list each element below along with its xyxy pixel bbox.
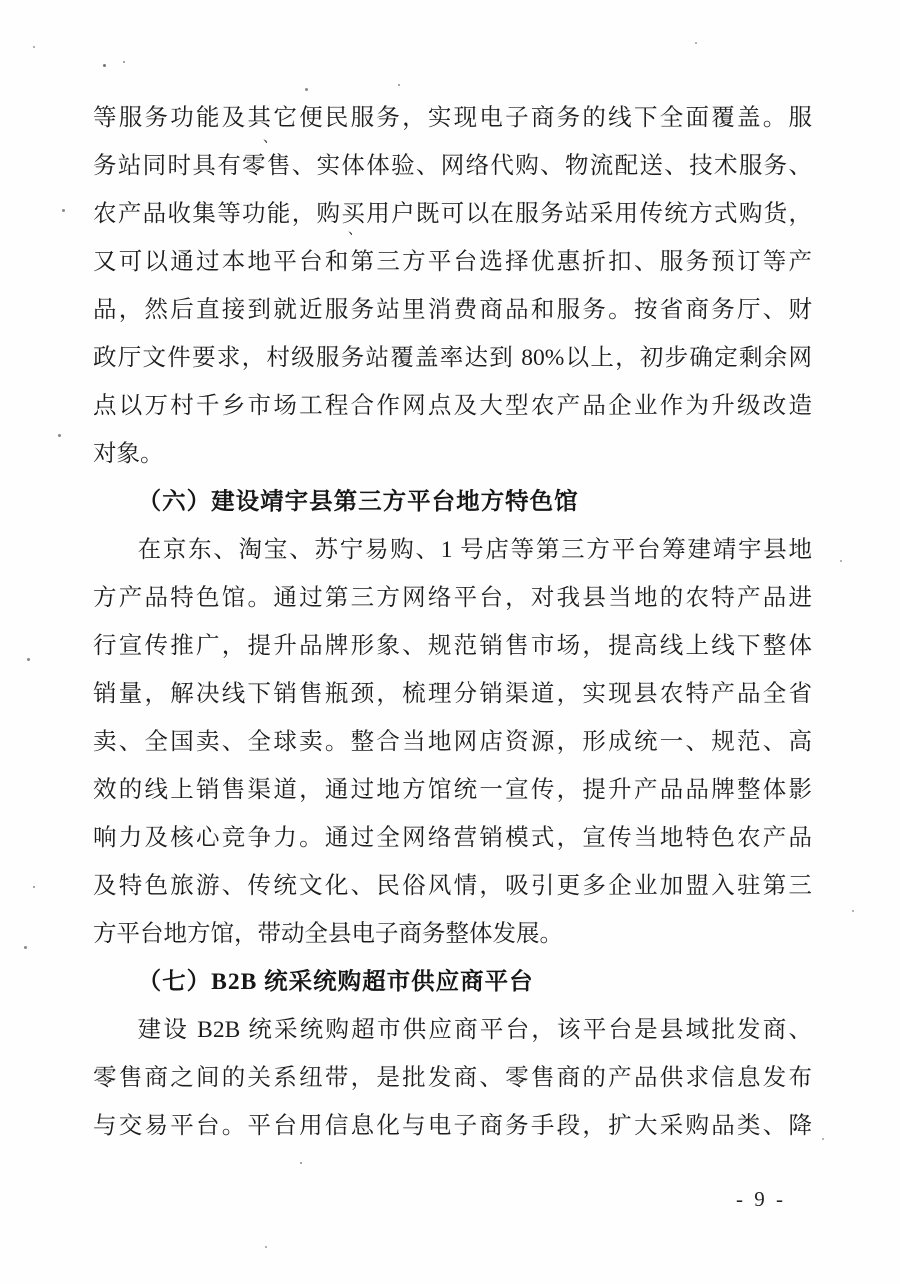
scan-speck <box>695 42 697 44</box>
scan-speck <box>27 658 30 661</box>
scan-speck <box>103 64 106 67</box>
text-line: 销量，解决线下销售瓶颈，梳理分销渠道，实现县农特产品全省 <box>93 670 812 718</box>
text-line: 方平台地方馆，带动全县电子商务整体发展。 <box>93 910 812 958</box>
scan-speck <box>62 209 65 212</box>
text-line: 零售商之间的关系纽带，是批发商、零售商的产品供求信息发布 <box>93 1054 812 1102</box>
text-line: 政厅文件要求，村级服务站覆盖率达到 80%以上，初步确定剩余网 <box>93 334 812 382</box>
text-line: 点以万村千乡市场工程合作网点及大型农产品企业作为升级改造 <box>93 382 812 430</box>
text-line: 卖、全国卖、全球卖。整合当地网店资源，形成统一、规范、高 <box>93 718 812 766</box>
scan-speck <box>577 1118 579 1120</box>
text-line: 在京东、淘宝、苏宁易购、1 号店等第三方平台筹建靖宇县地 <box>93 526 812 574</box>
scan-speck <box>123 61 125 63</box>
scanned-document-page: 等服务功能及其它便民服务，实现电子商务的线下全面覆盖。服务站同时具有零售、实体体… <box>0 0 900 1284</box>
scan-speck <box>852 910 854 912</box>
document-body: 等服务功能及其它便民服务，实现电子商务的线下全面覆盖。服务站同时具有零售、实体体… <box>93 94 812 1150</box>
text-line: 与交易平台。平台用信息化与电子商务手段，扩大采购品类、降 <box>93 1102 812 1150</box>
scan-speck <box>33 46 35 48</box>
scan-speck <box>24 946 27 949</box>
text-line: 对象。 <box>93 430 812 478</box>
page-number: - 9 - <box>736 1187 786 1212</box>
scan-speck <box>58 434 61 437</box>
text-line: 行宣传推广，提升品牌形象、规范销售市场，提高线上线下整体 <box>93 622 812 670</box>
text-line: 务站同时具有零售、实体体验、网络代购、物流配送、技术服务、 <box>93 142 812 190</box>
text-line: 响力及核心竞争力。通过全网络营销模式，宣传当地特色农产品 <box>93 814 812 862</box>
text-line: 效的线上销售渠道，通过地方馆统一宣传，提升产品品牌整体影 <box>93 766 812 814</box>
text-line: 农产品收集等功能，购买用户既可以在服务站采用传统方式购货， <box>93 190 812 238</box>
text-line: 品，然后直接到就近服务站里消费商品和服务。按省商务厅、财 <box>93 286 812 334</box>
scan-stray-mark: 、 <box>348 224 362 238</box>
text-line: 建设 B2B 统采统购超市供应商平台，该平台是县域批发商、 <box>93 1006 812 1054</box>
scan-speck <box>33 886 35 888</box>
scan-speck <box>398 84 400 86</box>
scan-speck <box>840 560 842 562</box>
text-line: 等服务功能及其它便民服务，实现电子商务的线下全面覆盖。服 <box>93 94 812 142</box>
scan-speck <box>822 1138 824 1140</box>
text-line: （七）B2B 统采统购超市供应商平台 <box>93 958 812 1006</box>
scan-speck <box>265 1246 267 1248</box>
scan-speck <box>305 88 308 91</box>
scan-stray-mark: 、 <box>263 132 277 146</box>
text-line: 方产品特色馆。通过第三方网络平台，对我县当地的农特产品进 <box>93 574 812 622</box>
scan-speck <box>300 1162 302 1164</box>
text-line: （六）建设靖宇县第三方平台地方特色馆 <box>93 478 812 526</box>
text-line: 及特色旅游、传统文化、民俗风情，吸引更多企业加盟入驻第三 <box>93 862 812 910</box>
text-line: 又可以通过本地平台和第三方平台选择优惠折扣、服务预订等产 <box>93 238 812 286</box>
